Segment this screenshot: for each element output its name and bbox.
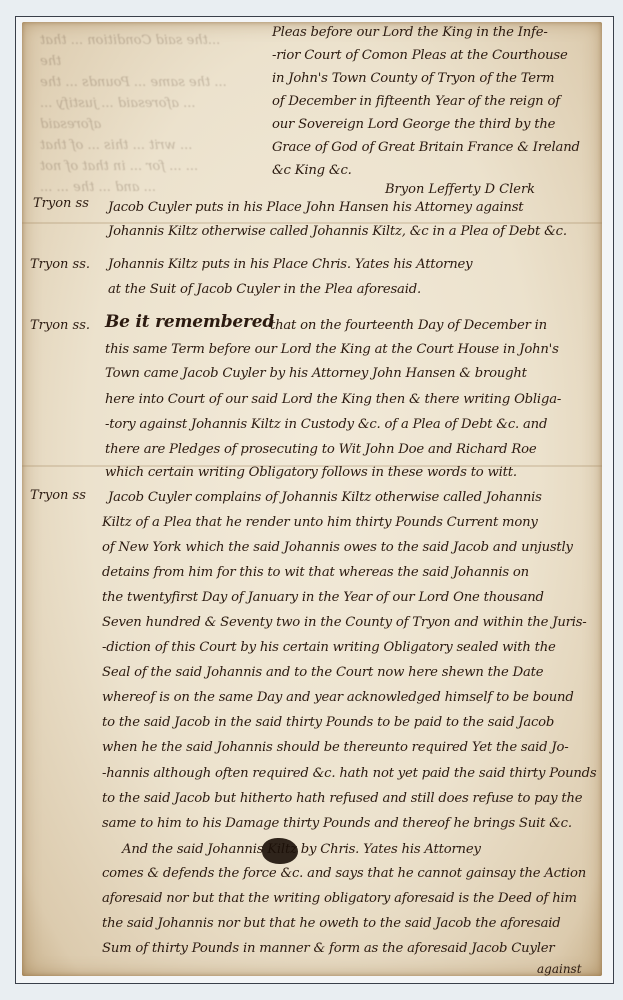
record-line: to the said Jacob but hitherto hath refu…: [102, 791, 582, 806]
catchword: against: [537, 962, 582, 976]
record-line: detains from him for this to wit that wh…: [102, 565, 529, 580]
ink-blot: [262, 838, 298, 864]
record-line: there are Pledges of prosecuting to Wit …: [105, 442, 536, 457]
header-line: our Sovereign Lord George the third by t…: [272, 117, 555, 132]
record-line: Johannis Kiltz otherwise called Johannis…: [108, 224, 567, 239]
record-line: comes & defends the force &c. and says t…: [102, 866, 586, 881]
clerk-signature: Bryon Lefferty D Clerk: [385, 182, 535, 197]
header-line: in John's Town County of Tryon of the Te…: [272, 71, 554, 86]
record-line: Sum of thirty Pounds in manner & form as…: [102, 941, 554, 956]
bleed-line: ... writ ... this ... of that: [40, 135, 240, 156]
header-line: of December in fifteenth Year of the rei…: [272, 94, 560, 109]
record-line: Town came Jacob Cuyler by his Attorney J…: [105, 366, 527, 381]
opening-phrase: Be it remembered: [105, 312, 274, 332]
record-line: Seven hundred & Seventy two in the Count…: [102, 615, 587, 630]
record-line: of New York which the said Johannis owes…: [102, 540, 573, 555]
record-line: when he the said Johannis should be ther…: [102, 740, 569, 755]
record-line: -diction of this Court by his certain wr…: [102, 640, 556, 655]
header-line: -rior Court of Comon Pleas at the Courth…: [272, 48, 568, 63]
header-line: Pleas before our Lord the King in the In…: [272, 25, 548, 40]
record-line: this same Term before our Lord the King …: [105, 342, 559, 357]
record-line: Jacob Cuyler puts in his Place John Hans…: [108, 200, 523, 215]
bleed-line: ... aforesaid ... justify ... aforesaid: [40, 93, 240, 135]
record-line: here into Court of our said Lord the Kin…: [105, 392, 561, 407]
bleed-line: ... the same ... Pounds ... the: [40, 72, 240, 93]
bleed-line: ... and ... the ... ...: [40, 177, 240, 198]
header-line: &c King &c.: [272, 163, 352, 178]
record-line: And the said Johannis Kiltz by Chris. Ya…: [122, 842, 481, 857]
margin-venue: Tryon ss.: [30, 257, 90, 272]
record-line: the twentyfirst Day of January in the Ye…: [102, 590, 544, 605]
record-line: which certain writing Obligatory follows…: [105, 465, 517, 480]
margin-venue: Tryon ss: [30, 488, 86, 503]
record-line: Seal of the said Johannis and to the Cou…: [102, 665, 543, 680]
header-line: Grace of God of Great Britain France & I…: [272, 140, 580, 155]
record-line: the said Johannis nor but that he oweth …: [102, 916, 561, 931]
record-line: -hannis although often required &c. hath…: [102, 766, 597, 781]
record-line: whereof is on the same Day and year ackn…: [102, 690, 574, 705]
record-line: to the said Jacob in the said thirty Pou…: [102, 715, 554, 730]
record-line: Kiltz of a Plea that he render unto him …: [102, 515, 538, 530]
bleed-line: ...the said Condition ... that the: [40, 30, 240, 72]
record-line: aforesaid nor but that the writing oblig…: [102, 891, 577, 906]
margin-venue: Tryon ss: [33, 196, 89, 211]
bleed-line: ... ... for ... in that of not: [40, 156, 240, 177]
ink-bleed-through: ...the said Condition ... that the ... t…: [40, 30, 240, 180]
record-line: same to him to his Damage thirty Pounds …: [102, 816, 572, 831]
record-line: that on the fourteenth Day of December i…: [270, 318, 547, 333]
record-line: Johannis Kiltz puts in his Place Chris. …: [108, 257, 472, 272]
record-line: at the Suit of Jacob Cuyler in the Plea …: [108, 282, 421, 297]
record-line: -tory against Johannis Kiltz in Custody …: [105, 417, 547, 432]
record-line: Jacob Cuyler complains of Johannis Kiltz…: [108, 490, 542, 505]
margin-venue: Tryon ss.: [30, 318, 90, 333]
